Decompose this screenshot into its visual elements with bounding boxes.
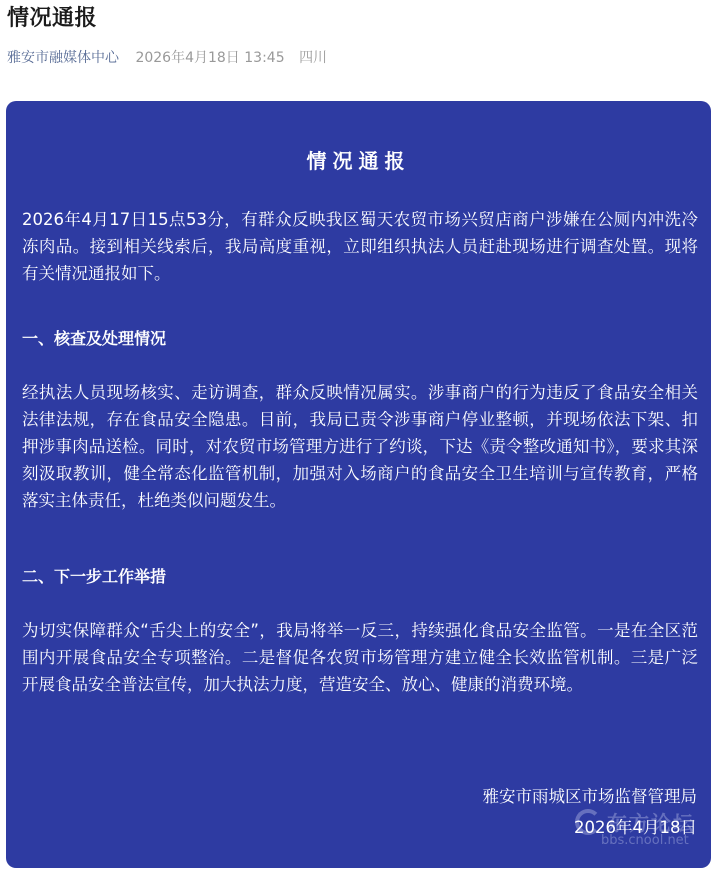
section-body-verification: 经执法人员现场核实、走访调查，群众反映情况属实。涉事商户的行为违反了食品安全相关…: [22, 379, 698, 514]
section-title-next-steps: 二、下一步工作举措: [22, 563, 698, 590]
notice-card: 情况通报 2026年4月17日15点53分，有群众反映我区蜀天农贸市场兴贸店商户…: [6, 101, 711, 868]
signature-organization: 雅安市雨城区市场监督管理局: [483, 783, 698, 810]
section-title-verification: 一、核查及处理情况: [22, 325, 698, 352]
section-body-next-steps: 为切实保障群众“舌尖上的安全”，我局将举一反三，持续强化食品安全监管。一是在全区…: [22, 617, 698, 698]
notice-intro: 2026年4月17日15点53分，有群众反映我区蜀天农贸市场兴贸店商户涉嫌在公厕…: [22, 206, 698, 287]
publish-location: 四川: [299, 50, 327, 66]
notice-heading: 情况通报: [6, 147, 711, 175]
article-title: 情况通报: [7, 4, 97, 34]
publish-time: 2026年4月18日 13:45: [135, 50, 284, 66]
signature-date: 2026年4月18日: [574, 814, 697, 841]
article-meta: 雅安市融媒体中心 2026年4月18日 13:45 四川: [7, 48, 327, 68]
article-source-link[interactable]: 雅安市融媒体中心: [7, 50, 119, 66]
